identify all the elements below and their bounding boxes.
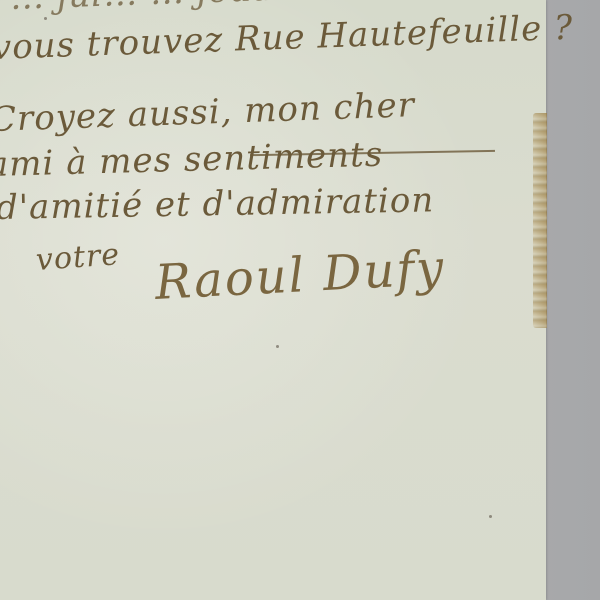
paper-speck xyxy=(489,515,492,518)
torn-paper-edge xyxy=(533,113,547,328)
letter-line-rue-hautefeuille: vous trouvez Rue Hautefeuille ? xyxy=(0,8,574,68)
signature: Raoul Dufy xyxy=(154,240,447,311)
letter-line-partial-top: … jul… … jeudi … xyxy=(9,0,334,18)
letter-line-amitie-admiration: d'amitié et d'admiration xyxy=(0,180,435,228)
paper-speck xyxy=(276,345,279,348)
paper-speck xyxy=(44,17,47,20)
letter-line-sentiments: ami à mes sentiments xyxy=(0,135,384,185)
letter-line-croyez-aussi: Croyez aussi, mon cher xyxy=(0,85,416,140)
letter-paper: … jul… … jeudi … vous trouvez Rue Hautef… xyxy=(0,0,546,600)
letter-closing: votre xyxy=(35,237,121,278)
